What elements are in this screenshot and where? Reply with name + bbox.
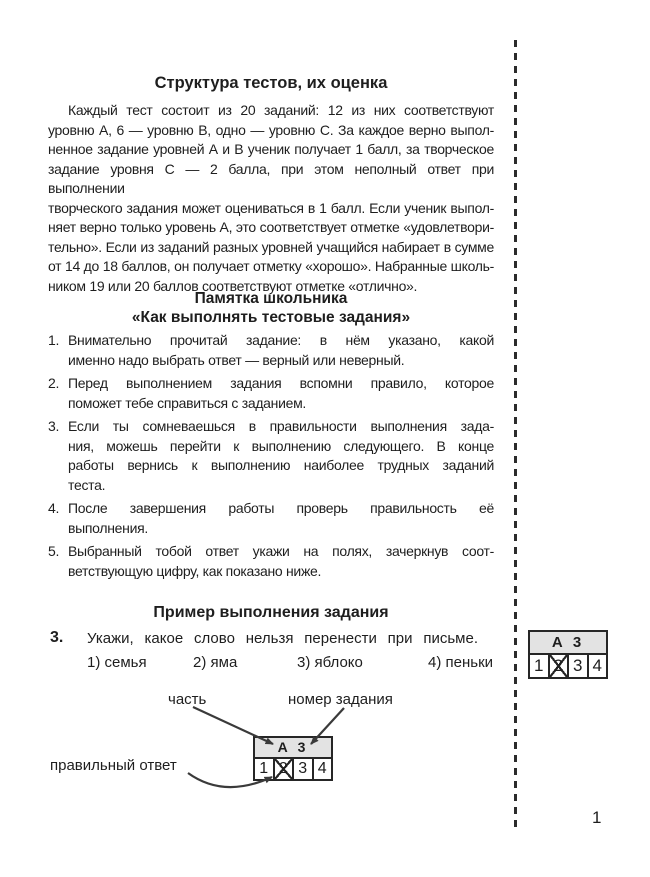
memo-item: 3. Если ты сомневаешься в правильности в… <box>48 417 494 495</box>
memo-item-number: 2. <box>48 374 68 413</box>
memo-title: Памятка школьника «Как выполнять тестовы… <box>48 289 494 327</box>
memo-item: 2. Перед выполнением задания вспомни пра… <box>48 374 494 413</box>
answer-cell-1: 1 <box>530 655 550 677</box>
paragraph-line: задание уровня С — 2 балла, при этом неп… <box>48 160 494 199</box>
paragraph-line: тельно». Если из заданий разных уровней … <box>48 238 494 258</box>
example-task: 3. Укажи, какое слово нельзя перенести п… <box>48 629 494 649</box>
margin-dashed-line <box>514 40 517 828</box>
paragraph-line: уровню А, 6 — уровню В, одно — уровню С.… <box>48 121 494 141</box>
memo-item: 1. Внимательно прочитай задание: в нём у… <box>48 331 494 370</box>
answer-cell-2-crossed: 2 <box>550 655 570 677</box>
answer-grid-margin: А 3 1 2 3 4 <box>528 630 608 679</box>
memo-item: 5. Выбранный тобой ответ укажи на полях,… <box>48 542 494 581</box>
memo-item-number: 3. <box>48 417 68 495</box>
paragraph-line: няет верно только уровень А, это соответ… <box>48 218 494 238</box>
memo-item-line: После завершения работы проверь правильн… <box>68 499 494 519</box>
memo-item: 4. После завершения работы проверь прави… <box>48 499 494 538</box>
memo-title-line2: «Как выполнять тестовые задания» <box>48 308 494 327</box>
page-number: 1 <box>592 808 601 828</box>
memo-item-line: Перед выполнением задания вспомни правил… <box>68 374 494 394</box>
memo-item-line: поможет тебе справиться с заданием. <box>68 394 494 414</box>
memo-title-line1: Памятка школьника <box>48 289 494 308</box>
memo-item-line: Если ты сомневаешься в правильности выпо… <box>68 417 494 437</box>
arrow-task-number-icon <box>311 708 344 744</box>
memo-item-line: именно надо выбрать ответ — верный или н… <box>68 351 494 371</box>
memo-list: 1. Внимательно прочитай задание: в нём у… <box>48 331 494 585</box>
memo-item-number: 5. <box>48 542 68 581</box>
answer-options: 1) семья 2) яма 3) яблоко 4) пеньки <box>48 654 494 674</box>
section-title: Структура тестов, их оценка <box>48 74 494 93</box>
paragraph-line: Каждый тест состоит из 20 заданий: 12 из… <box>48 101 494 121</box>
memo-item-number: 4. <box>48 499 68 538</box>
answer-option-4: 4) пеньки <box>428 654 493 671</box>
answer-option-1: 1) семья <box>87 654 147 671</box>
memo-item-line: теста. <box>68 476 494 496</box>
task-number: 3. <box>50 629 63 647</box>
answer-cell-3: 3 <box>569 655 589 677</box>
memo-item-line: Выбранный тобой ответ укажи на полях, за… <box>68 542 494 562</box>
memo-item-line: выполнения. <box>68 519 494 539</box>
arrow-correct-answer-icon <box>188 773 272 787</box>
memo-item-number: 1. <box>48 331 68 370</box>
diagram-arrows <box>0 685 520 810</box>
memo-item-line: ветствующую цифру, как показано ниже. <box>68 562 494 582</box>
task-question: Укажи, какое слово нельзя перенести при … <box>87 630 478 647</box>
answer-cell-4: 4 <box>589 655 607 677</box>
answer-marking-diagram: часть номер задания правильный ответ А 3… <box>0 685 520 810</box>
answer-grid-header: А 3 <box>530 632 606 655</box>
example-title: Пример выполнения задания <box>48 604 494 622</box>
arrow-part-icon <box>193 707 273 744</box>
paragraph-line: от 14 до 18 баллов, он получает отметку … <box>48 257 494 277</box>
book-page: Структура тестов, их оценка Каждый тест … <box>0 0 650 877</box>
answer-option-3: 3) яблоко <box>297 654 363 671</box>
paragraph-line: творческого задания может оцениваться в … <box>48 199 494 219</box>
memo-item-line: Внимательно прочитай задание: в нём указ… <box>68 331 494 351</box>
memo-item-line: работы вернись к выполнению наиболее тру… <box>68 456 494 476</box>
memo-item-line: ния, можешь перейти к выполнению следующ… <box>68 437 494 457</box>
paragraph-line: ненное задание уровней А и В ученик полу… <box>48 140 494 160</box>
intro-paragraph: Каждый тест состоит из 20 заданий: 12 из… <box>48 101 494 296</box>
answer-option-2: 2) яма <box>193 654 237 671</box>
